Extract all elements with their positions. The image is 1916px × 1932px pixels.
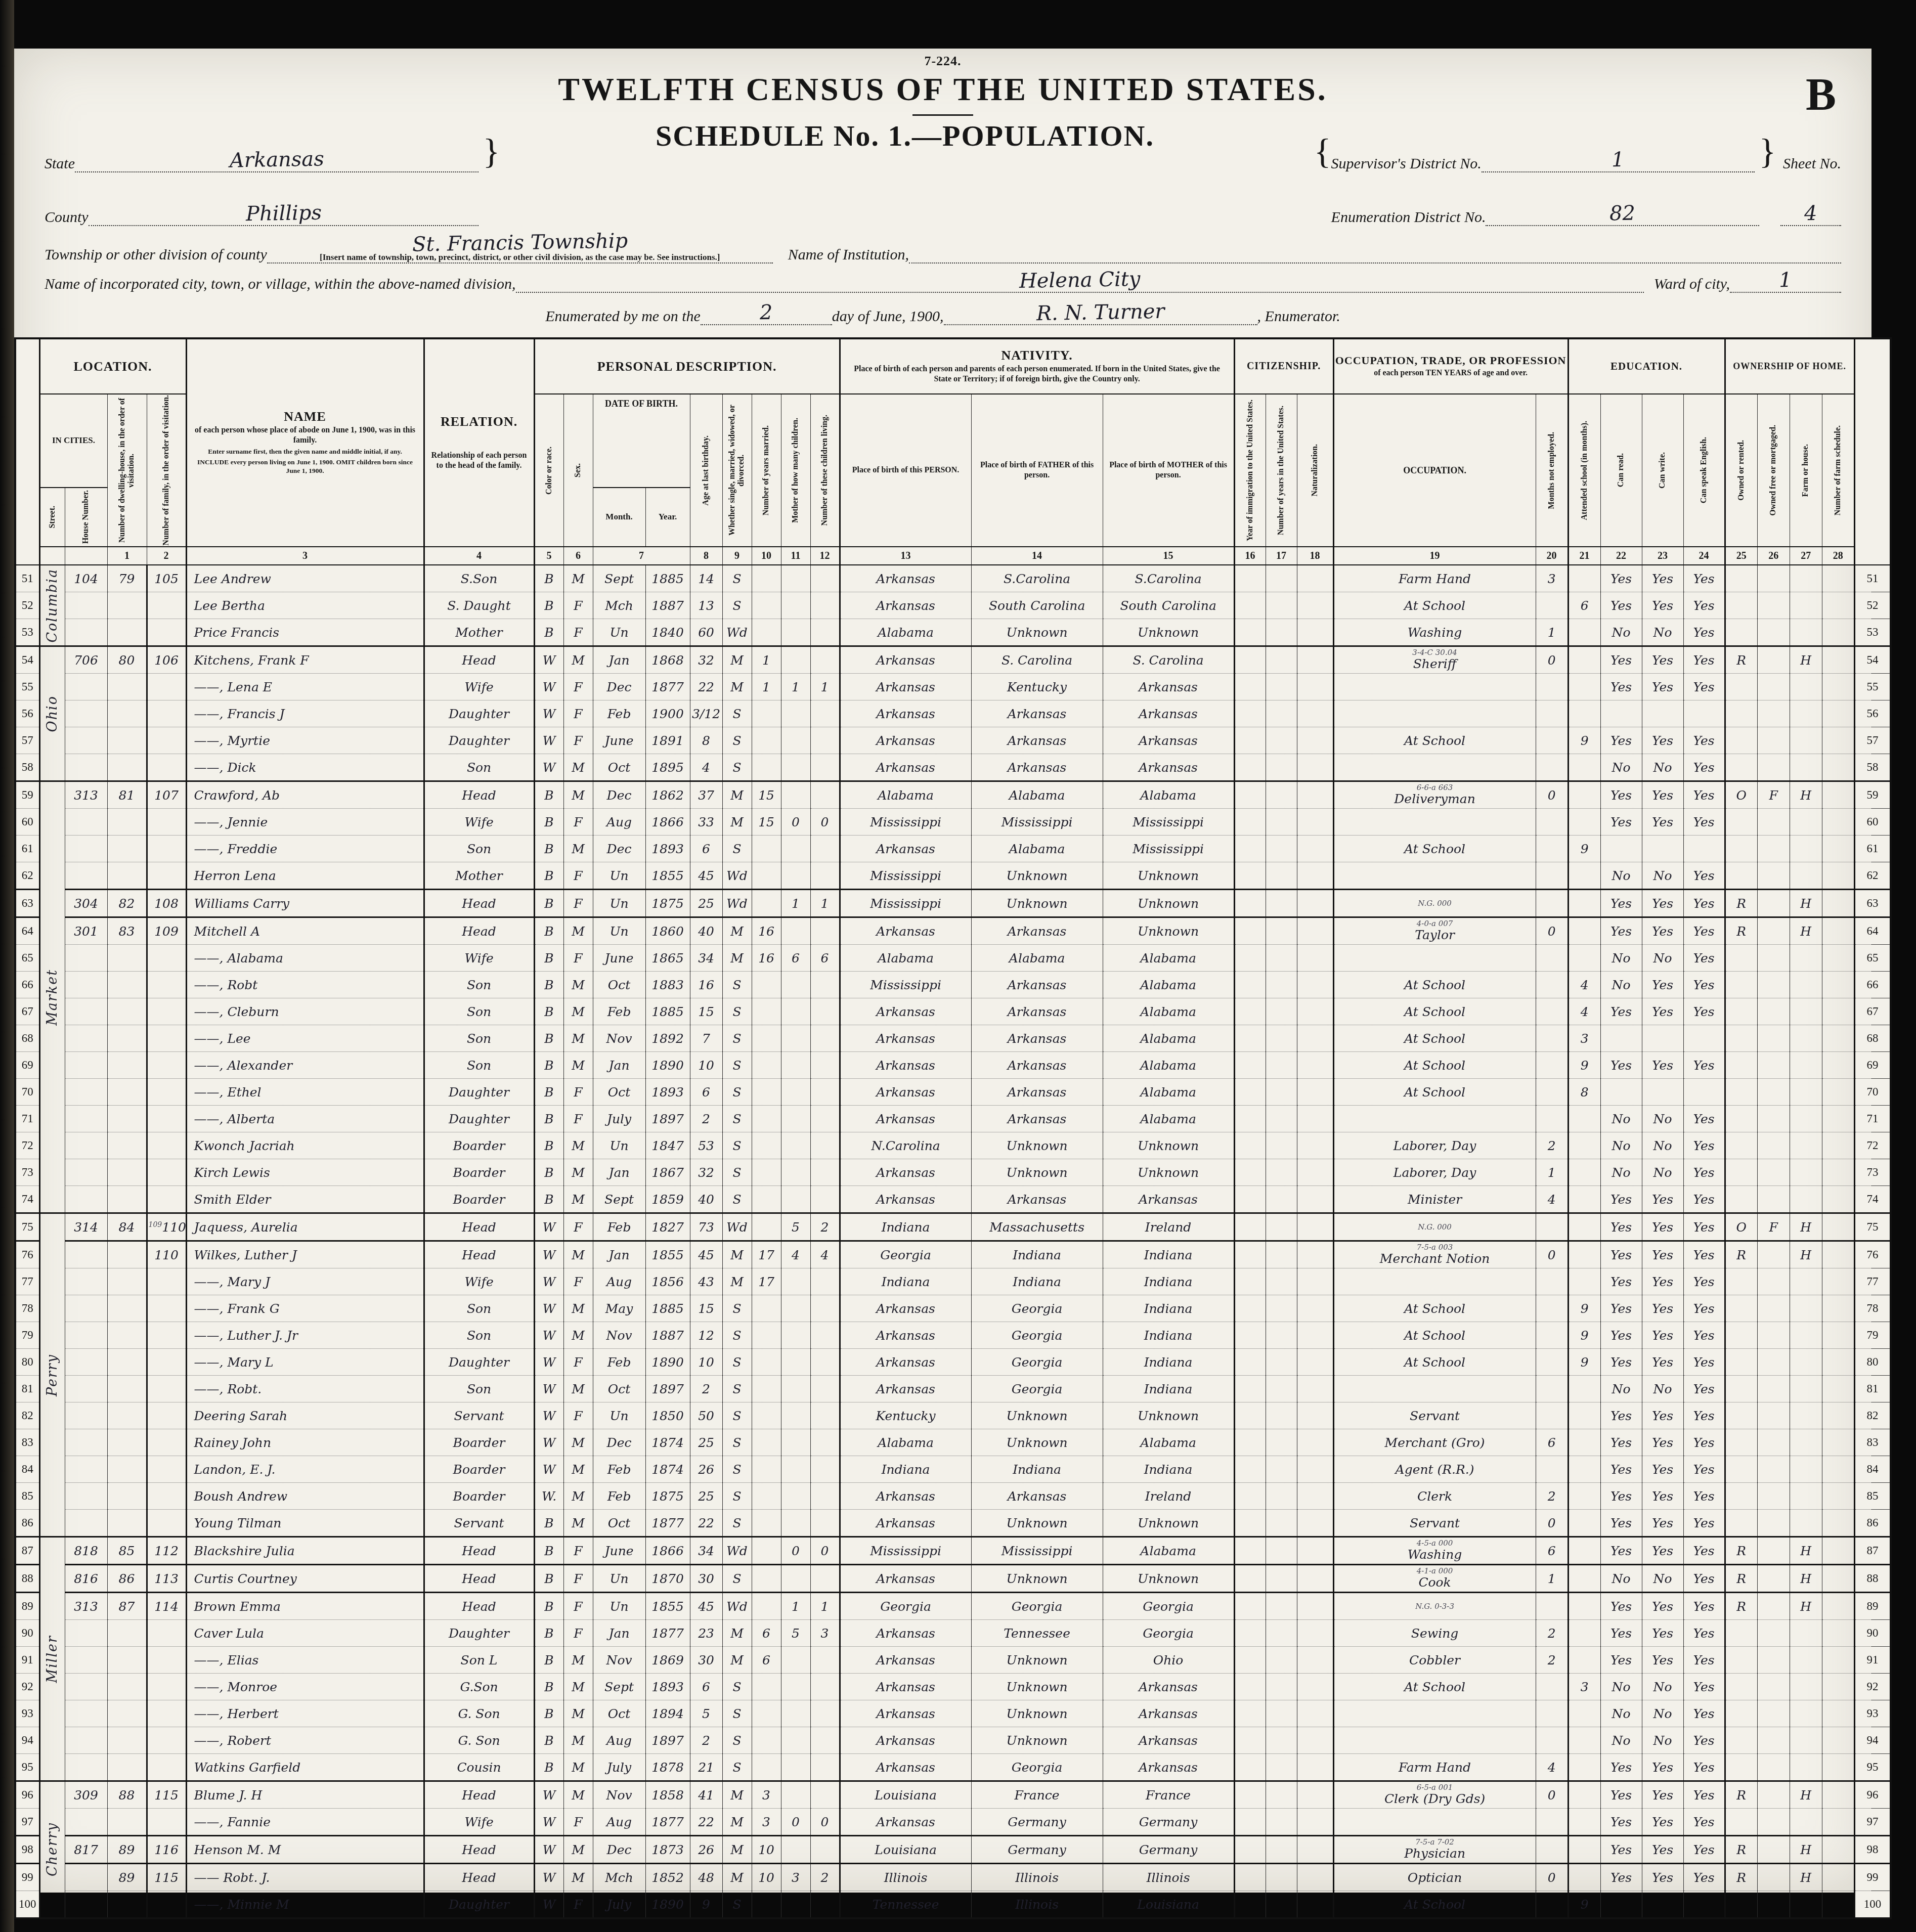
mother-of-children: 1 (781, 890, 810, 917)
place-of-birth-mother: Ireland (1103, 1483, 1234, 1510)
mother-of-children (781, 1510, 810, 1537)
farm-or-house (1790, 1402, 1822, 1429)
birth-month: Oct (593, 1700, 645, 1727)
street-name: Miller (39, 1537, 65, 1781)
family-number (147, 1456, 186, 1483)
mother-of-children (781, 619, 810, 646)
house-number: 816 (65, 1565, 107, 1593)
can-write (1642, 1025, 1683, 1052)
years-in-us (1266, 754, 1297, 781)
person-name: ——, Lee (186, 1025, 424, 1052)
immigration-year (1234, 1132, 1266, 1159)
can-speak-english (1683, 1025, 1725, 1052)
color-or-race: W (534, 754, 563, 781)
line-number-left: 81 (15, 1376, 39, 1402)
can-read: No (1600, 1106, 1642, 1132)
months-not-employed (1536, 1079, 1568, 1106)
line-number-right: 60 (1854, 809, 1891, 836)
person-name: ——, Robt (186, 972, 424, 998)
family-number (147, 1132, 186, 1159)
marital-status: M (722, 781, 752, 809)
place-of-birth: Arkansas (840, 727, 971, 754)
family-number (147, 1674, 186, 1700)
person-name: Henson M. M (186, 1836, 424, 1864)
farm-or-house (1790, 1132, 1822, 1159)
line-number-left: 92 (15, 1674, 39, 1700)
birth-year: 1893 (645, 1674, 690, 1700)
place-of-birth-father: Unknown (971, 619, 1103, 646)
line-number-right: 96 (1854, 1781, 1891, 1809)
attended-school (1568, 1241, 1600, 1268)
can-speak-english: Yes (1683, 1727, 1725, 1754)
family-number (147, 1402, 186, 1429)
years-in-us (1266, 1106, 1297, 1132)
months-not-employed: 0 (1536, 1781, 1568, 1809)
col-can-write: Can write. (1642, 394, 1683, 547)
attended-school (1568, 1429, 1600, 1456)
years-married (752, 1132, 781, 1159)
can-write: Yes (1642, 1349, 1683, 1376)
children-living: 2 (810, 1213, 840, 1241)
birth-year: 1870 (645, 1565, 690, 1593)
age: 10 (690, 1349, 722, 1376)
relation: Son (424, 1025, 534, 1052)
place-of-birth-mother: Indiana (1103, 1322, 1234, 1349)
line-number-right: 65 (1854, 945, 1891, 972)
place-of-birth: Arkansas (840, 1052, 971, 1079)
naturalization (1297, 1376, 1333, 1402)
line-number-right: 77 (1854, 1268, 1891, 1295)
birth-year: 1847 (645, 1132, 690, 1159)
person-name: ——, Cleburn (186, 998, 424, 1025)
person-name: ——, Mary L (186, 1349, 424, 1376)
enum-prefix: Enumerated by me on the (545, 308, 701, 325)
state-county-block: State Arkansas } County Phillips } (45, 119, 500, 226)
family-number (147, 592, 186, 619)
mother-of-children (781, 727, 810, 754)
num-9: 9 (722, 547, 752, 565)
table-row: 71——, AlbertaDaughterBFJuly18972SArkansa… (15, 1106, 1891, 1132)
family-number (147, 1376, 186, 1402)
immigration-year (1234, 1106, 1266, 1132)
line-number-right: 98 (1854, 1836, 1891, 1864)
birth-month: Aug (593, 1268, 645, 1295)
age: 2 (690, 1727, 722, 1754)
house-number (65, 836, 107, 862)
months-not-employed (1536, 1349, 1568, 1376)
farm-schedule-number (1822, 890, 1854, 917)
years-married (752, 1754, 781, 1781)
birth-month: Mch (593, 592, 645, 619)
sex: F (563, 1079, 593, 1106)
sex: M (563, 1376, 593, 1402)
person-name: Lee Bertha (186, 592, 424, 619)
occupation (1333, 1106, 1536, 1132)
color-or-race: B (534, 917, 563, 945)
relation: Head (424, 917, 534, 945)
owned-free-or-mortgaged (1757, 1186, 1790, 1213)
person-name: Young Tilman (186, 1510, 424, 1537)
family-number (147, 1429, 186, 1456)
marital-status: S (722, 727, 752, 754)
sex: M (563, 754, 593, 781)
attended-school: 8 (1568, 1079, 1600, 1106)
relation: Boarder (424, 1456, 534, 1483)
table-row: 6330482108Williams CarryHeadBFUn187525Wd… (15, 890, 1891, 917)
children-living (810, 1322, 840, 1349)
place-of-birth-mother: South Carolina (1103, 592, 1234, 619)
immigration-year (1234, 1727, 1266, 1754)
place-of-birth: Arkansas (840, 1483, 971, 1510)
owned-free-or-mortgaged (1757, 1565, 1790, 1593)
dwelling-number (107, 1132, 147, 1159)
can-read: Yes (1600, 1402, 1642, 1429)
months-not-employed: 3 (1536, 565, 1568, 592)
age: 5 (690, 1700, 722, 1727)
relation: Son (424, 1295, 534, 1322)
line-number-right: 75 (1854, 1213, 1891, 1241)
sex: F (563, 1349, 593, 1376)
months-not-employed (1536, 754, 1568, 781)
can-read: No (1600, 862, 1642, 890)
attended-school (1568, 1483, 1600, 1510)
marital-status: S (722, 592, 752, 619)
months-not-employed (1536, 862, 1568, 890)
birth-month: Nov (593, 1781, 645, 1809)
birth-year: 1890 (645, 1891, 690, 1919)
years-married: 10 (752, 1836, 781, 1864)
occupation: Servant (1333, 1402, 1536, 1429)
owned-free-or-mortgaged (1757, 917, 1790, 945)
years-married: 15 (752, 781, 781, 809)
years-in-us (1266, 565, 1297, 592)
line-number-right: 76 (1854, 1241, 1891, 1268)
can-speak-english: Yes (1683, 1268, 1725, 1295)
can-read: Yes (1600, 1241, 1642, 1268)
table-row: 60——, JennieWifeBFAug186633M1500Mississi… (15, 809, 1891, 836)
line-number-right: 56 (1854, 700, 1891, 727)
relation: Daughter (424, 1079, 534, 1106)
owned-free-or-mortgaged (1757, 945, 1790, 972)
mother-of-children (781, 1402, 810, 1429)
naturalization (1297, 1809, 1333, 1836)
owned-free-or-mortgaged (1757, 1700, 1790, 1727)
line-number-left: 61 (15, 836, 39, 862)
birth-month: Un (593, 1402, 645, 1429)
mother-of-children: 3 (781, 1864, 810, 1891)
birth-month: Jan (593, 1159, 645, 1186)
census-table-body: 51Columbia10479105Lee AndrewS.SonBMSept1… (15, 565, 1891, 1918)
years-in-us (1266, 1268, 1297, 1295)
col-mortgaged: Owned free or mortgaged. (1757, 394, 1790, 547)
birth-year: 1885 (645, 565, 690, 592)
mother-of-children (781, 1483, 810, 1510)
can-write: No (1642, 1727, 1683, 1754)
attended-school: 6 (1568, 592, 1600, 619)
marital-status: Wd (722, 890, 752, 917)
can-read: Yes (1600, 890, 1642, 917)
immigration-year (1234, 1754, 1266, 1781)
line-number-right: 62 (1854, 862, 1891, 890)
birth-year: 1875 (645, 890, 690, 917)
place-of-birth-mother: Arkansas (1103, 1186, 1234, 1213)
line-number-left: 70 (15, 1079, 39, 1106)
line-number-left: 99 (15, 1864, 39, 1891)
dwelling-number: 81 (107, 781, 147, 809)
naturalization (1297, 1891, 1333, 1919)
immigration-year (1234, 674, 1266, 700)
place-of-birth-father: Kentucky (971, 674, 1103, 700)
age: 33 (690, 809, 722, 836)
district-block: { Supervisor's District No. 1 } Sheet No… (1310, 119, 1841, 226)
naturalization (1297, 754, 1333, 781)
occupation: At School (1333, 1322, 1536, 1349)
table-row: 75Perry31484109110Jaquess, AureliaHeadWF… (15, 1213, 1891, 1241)
color-or-race: B (534, 619, 563, 646)
owned-or-rented (1725, 1510, 1757, 1537)
place-of-birth: Indiana (840, 1456, 971, 1483)
owned-or-rented (1725, 565, 1757, 592)
mother-of-children (781, 1647, 810, 1674)
months-not-employed (1536, 1025, 1568, 1052)
table-header: LOCATION. NAME of each person whose plac… (15, 338, 1891, 565)
house-number (65, 1674, 107, 1700)
place-of-birth: Mississippi (840, 972, 971, 998)
house-number (65, 1891, 107, 1919)
place-of-birth-mother: Louisiana (1103, 1891, 1234, 1919)
owned-free-or-mortgaged (1757, 1593, 1790, 1620)
months-not-employed: 1 (1536, 1159, 1568, 1186)
county-value: Phillips (245, 201, 322, 226)
color-or-race: B (534, 945, 563, 972)
sex: F (563, 700, 593, 727)
color-or-race: B (534, 1186, 563, 1213)
naturalization (1297, 1186, 1333, 1213)
mother-of-children: 0 (781, 1809, 810, 1836)
line-number-right: 69 (1854, 1052, 1891, 1079)
can-speak-english: Yes (1683, 1565, 1725, 1593)
can-write: No (1642, 1106, 1683, 1132)
immigration-year (1234, 1241, 1266, 1268)
owned-free-or-mortgaged (1757, 1537, 1790, 1565)
owned-free-or-mortgaged (1757, 700, 1790, 727)
line-number-left: 66 (15, 972, 39, 998)
relation: Boarder (424, 1132, 534, 1159)
place-of-birth: Arkansas (840, 674, 971, 700)
birth-year: 1890 (645, 1349, 690, 1376)
birth-month: Oct (593, 1376, 645, 1402)
months-not-employed (1536, 1052, 1568, 1079)
birth-year: 1885 (645, 1295, 690, 1322)
family-number: 107 (147, 781, 186, 809)
relation: Son (424, 1376, 534, 1402)
naturalization (1297, 727, 1333, 754)
place-of-birth: Arkansas (840, 1809, 971, 1836)
house-number (65, 1483, 107, 1510)
months-not-employed (1536, 836, 1568, 862)
occupation (1333, 674, 1536, 700)
house-number (65, 1241, 107, 1268)
farm-or-house (1790, 1322, 1822, 1349)
immigration-year (1234, 1376, 1266, 1402)
house-number (65, 1295, 107, 1322)
age: 3/12 (690, 700, 722, 727)
dwelling-number (107, 1700, 147, 1727)
age: 6 (690, 1079, 722, 1106)
house-number (65, 1456, 107, 1483)
years-married (752, 1349, 781, 1376)
occupation: N.G. 000 (1333, 890, 1536, 917)
color-or-race: W (534, 646, 563, 674)
attended-school (1568, 1809, 1600, 1836)
farm-schedule-number (1822, 1809, 1854, 1836)
children-living: 1 (810, 674, 840, 700)
dwelling-number (107, 1402, 147, 1429)
place-of-birth-father: Alabama (971, 836, 1103, 862)
relation: Servant (424, 1510, 534, 1537)
marital-status: M (722, 1781, 752, 1809)
children-living (810, 1727, 840, 1754)
family-number (147, 998, 186, 1025)
children-living: 3 (810, 1620, 840, 1647)
place-of-birth-father: Arkansas (971, 727, 1103, 754)
num-27: 27 (1790, 547, 1822, 565)
immigration-year (1234, 1700, 1266, 1727)
sex: M (563, 1836, 593, 1864)
place-of-birth-father: Arkansas (971, 1483, 1103, 1510)
age: 13 (690, 592, 722, 619)
line-number-right: 71 (1854, 1106, 1891, 1132)
family-number: 116 (147, 1836, 186, 1864)
place-of-birth-mother: Unknown (1103, 1132, 1234, 1159)
line-number-right: 91 (1854, 1647, 1891, 1674)
occupation (1333, 1727, 1536, 1754)
house-number (65, 1647, 107, 1674)
immigration-year (1234, 1456, 1266, 1483)
house-number (65, 1132, 107, 1159)
months-not-employed (1536, 972, 1568, 998)
years-married (752, 1593, 781, 1620)
mother-of-children (781, 862, 810, 890)
sex: M (563, 1132, 593, 1159)
farm-schedule-number (1822, 1268, 1854, 1295)
farm-schedule-number (1822, 1456, 1854, 1483)
can-speak-english: Yes (1683, 1864, 1725, 1891)
place-of-birth-father: Unknown (971, 890, 1103, 917)
months-not-employed: 0 (1536, 646, 1568, 674)
place-of-birth-mother: Indiana (1103, 1268, 1234, 1295)
mother-of-children (781, 1754, 810, 1781)
line-number-header-right (1854, 338, 1891, 565)
marital-status: S (722, 998, 752, 1025)
house-number (65, 1268, 107, 1295)
can-speak-english: Yes (1683, 1402, 1725, 1429)
dwelling-number (107, 1727, 147, 1754)
can-read: Yes (1600, 809, 1642, 836)
birth-year: 1878 (645, 1754, 690, 1781)
owned-or-rented (1725, 1700, 1757, 1727)
relation: Wife (424, 945, 534, 972)
occupation: At School (1333, 592, 1536, 619)
person-name: ——, Lena E (186, 674, 424, 700)
marital-status: S (722, 700, 752, 727)
color-or-race: B (534, 1727, 563, 1754)
age: 32 (690, 1159, 722, 1186)
enumerator-line: Enumerated by me on the 2 day of June, 1… (45, 301, 1841, 325)
can-read: Yes (1600, 998, 1642, 1025)
person-name: Watkins Garfield (186, 1754, 424, 1781)
naturalization (1297, 809, 1333, 836)
farm-or-house (1790, 1674, 1822, 1700)
occupation (1333, 1700, 1536, 1727)
line-number-right: 94 (1854, 1727, 1891, 1754)
relation: Head (424, 1241, 534, 1268)
years-in-us (1266, 1402, 1297, 1429)
naturalization (1297, 1295, 1333, 1322)
farm-schedule-number (1822, 1025, 1854, 1052)
dwelling-number (107, 1483, 147, 1510)
farm-or-house (1790, 1376, 1822, 1402)
person-name: Blackshire Julia (186, 1537, 424, 1565)
owned-free-or-mortgaged (1757, 727, 1790, 754)
age: 8 (690, 727, 722, 754)
house-number (65, 754, 107, 781)
immigration-year (1234, 1349, 1266, 1376)
can-speak-english: Yes (1683, 619, 1725, 646)
can-write (1642, 836, 1683, 862)
person-name: ——, Alabama (186, 945, 424, 972)
line-number-right: 92 (1854, 1674, 1891, 1700)
children-living (810, 754, 840, 781)
can-speak-english: Yes (1683, 1213, 1725, 1241)
place-of-birth: Mississippi (840, 809, 971, 836)
naturalization (1297, 700, 1333, 727)
farm-or-house: H (1790, 1241, 1822, 1268)
col-farm: Farm or house. (1790, 394, 1822, 547)
place-of-birth-mother: Germany (1103, 1809, 1234, 1836)
occupation: At School (1333, 1079, 1536, 1106)
line-number-right: 55 (1854, 674, 1891, 700)
line-number-left: 51 (15, 565, 39, 592)
col-can-speak: Can speak English. (1683, 394, 1725, 547)
line-number-left: 77 (15, 1268, 39, 1295)
attended-school: 4 (1568, 972, 1600, 998)
farm-schedule-number (1822, 972, 1854, 998)
marital-status: M (722, 1647, 752, 1674)
line-number-left: 65 (15, 945, 39, 972)
dwelling-number (107, 862, 147, 890)
sex: M (563, 1510, 593, 1537)
children-living (810, 727, 840, 754)
can-speak-english: Yes (1683, 1295, 1725, 1322)
birth-year: 1856 (645, 1268, 690, 1295)
farm-schedule-number (1822, 998, 1854, 1025)
census-table: LOCATION. NAME of each person whose plac… (14, 337, 1892, 1919)
dwelling-number (107, 1891, 147, 1919)
months-not-employed (1536, 700, 1568, 727)
relation: Son (424, 754, 534, 781)
age: 6 (690, 1674, 722, 1700)
naturalization (1297, 646, 1333, 674)
color-or-race: B (534, 1106, 563, 1132)
sex: F (563, 809, 593, 836)
dwelling-number (107, 1620, 147, 1647)
sex: F (563, 1537, 593, 1565)
years-married (752, 890, 781, 917)
naturalization (1297, 1781, 1333, 1809)
table-row: 66——, RobtSonBMOct188316SMississippiArka… (15, 972, 1891, 998)
person-name: ——, Alexander (186, 1052, 424, 1079)
